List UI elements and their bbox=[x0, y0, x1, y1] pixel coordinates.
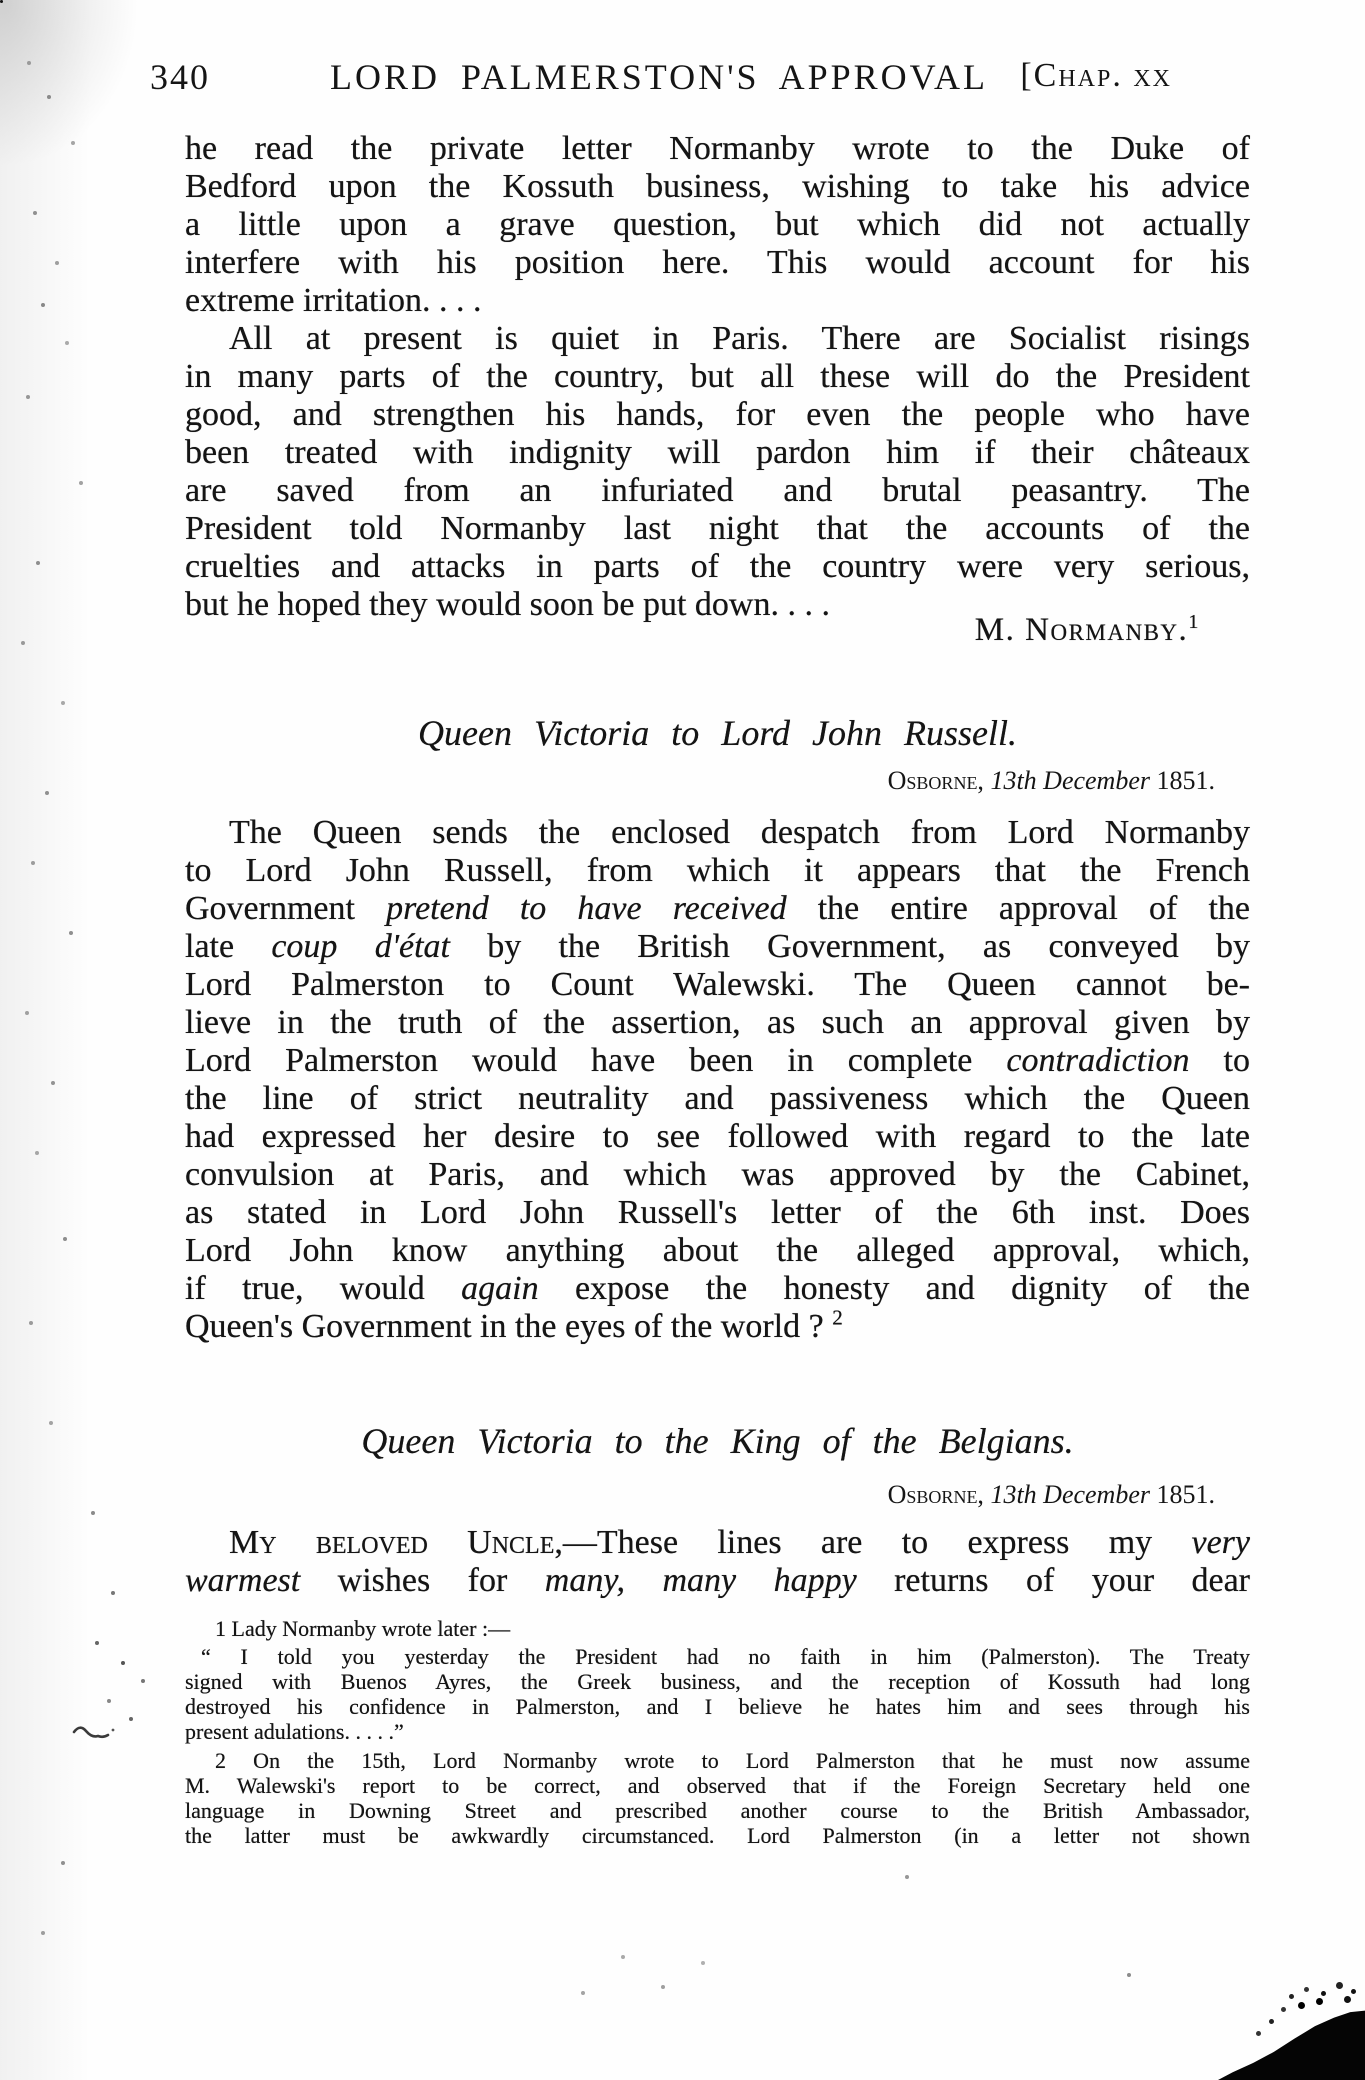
text-line: President told Normanby last night that … bbox=[185, 510, 1250, 548]
ink-blot-artifact bbox=[1218, 2002, 1365, 2080]
text-line: late coup d'état by the British Governme… bbox=[185, 928, 1250, 966]
text-line: extreme irritation. . . . bbox=[185, 282, 1250, 320]
text-line: “ I told you yesterday the President had… bbox=[185, 1644, 1250, 1669]
text-line: present adulations. . . . .” bbox=[185, 1719, 1250, 1744]
russell-letter-body: The Queen sends the enclosed despatch fr… bbox=[185, 814, 1250, 1346]
text-line: warmest wishes for many, many happy retu… bbox=[185, 1562, 1250, 1600]
text-line: lieve in the truth of the assertion, as … bbox=[185, 1004, 1250, 1042]
text-line: been treated with indignity will pardon … bbox=[185, 434, 1250, 472]
text-line: Lord John know anything about the allege… bbox=[185, 1232, 1250, 1270]
page-number: 340 bbox=[150, 56, 210, 98]
text-line: had expressed her desire to see followed… bbox=[185, 1118, 1250, 1156]
text-line: The Queen sends the enclosed despatch fr… bbox=[185, 814, 1250, 852]
chapter-label: [Chap. xx bbox=[1020, 57, 1172, 95]
text-line: Bedford upon the Kossuth business, wishi… bbox=[185, 168, 1250, 206]
text-line: are saved from an infuriated and brutal … bbox=[185, 472, 1250, 510]
normanby-letter-paragraph-1: he read the private letter Normanby wrot… bbox=[185, 130, 1250, 320]
text-line: as stated in Lord John Russell's letter … bbox=[185, 1194, 1250, 1232]
russell-letter-heading: Queen Victoria to Lord John Russell. bbox=[185, 712, 1250, 754]
scan-smudge-artifact bbox=[0, 0, 150, 180]
text-line: he read the private letter Normanby wrot… bbox=[185, 130, 1250, 168]
belgians-letter-dateline: Osborne, 13th December 1851. bbox=[185, 1480, 1250, 1510]
normanby-signature: M. Normanby.1 bbox=[185, 612, 1250, 649]
scan-edge-shading bbox=[0, 0, 130, 2080]
footnote-1-quote: “ I told you yesterday the President had… bbox=[185, 1644, 1250, 1744]
footnote-1-intro: 1 Lady Normanby wrote later :— bbox=[185, 1616, 1250, 1642]
belgians-letter-body: My beloved Uncle,—These lines are to exp… bbox=[185, 1524, 1250, 1600]
normanby-letter-paragraph-2: All at present is quiet in Paris. There … bbox=[185, 320, 1250, 624]
text-line: a little upon a grave question, but whic… bbox=[185, 206, 1250, 244]
text-line: to Lord John Russell, from which it appe… bbox=[185, 852, 1250, 890]
text-line: language in Downing Street and prescribe… bbox=[185, 1798, 1250, 1823]
text-line: M. Walewski's report to be correct, and … bbox=[185, 1773, 1250, 1798]
text-line: the line of strict neutrality and passiv… bbox=[185, 1080, 1250, 1118]
text-line: convulsion at Paris, and which was appro… bbox=[185, 1156, 1250, 1194]
text-line: Queen's Government in the eyes of the wo… bbox=[185, 1308, 1250, 1346]
text-line: 2 On the 15th, Lord Normanby wrote to Lo… bbox=[185, 1748, 1250, 1773]
text-line: signed with Buenos Ayres, the Greek busi… bbox=[185, 1669, 1250, 1694]
text-line: My beloved Uncle,—These lines are to exp… bbox=[185, 1524, 1250, 1562]
text-line: Lord Palmerston to Count Walewski. The Q… bbox=[185, 966, 1250, 1004]
belgians-letter-heading: Queen Victoria to the King of the Belgia… bbox=[185, 1420, 1250, 1462]
text-line: interfere with his position here. This w… bbox=[185, 244, 1250, 282]
text-line: if true, would again expose the honesty … bbox=[185, 1270, 1250, 1308]
running-title: LORD PALMERSTON'S APPROVAL bbox=[330, 56, 988, 98]
text-line: Lord Palmerston would have been in compl… bbox=[185, 1042, 1250, 1080]
book-page: 340 LORD PALMERSTON'S APPROVAL [Chap. xx… bbox=[0, 0, 1365, 2080]
ink-blot-speckles bbox=[0, 0, 3, 3]
text-line: in many parts of the country, but all th… bbox=[185, 358, 1250, 396]
text-line: good, and strengthen his hands, for even… bbox=[185, 396, 1250, 434]
text-line: the latter must be awkwardly circumstanc… bbox=[185, 1823, 1250, 1848]
text-line: All at present is quiet in Paris. There … bbox=[185, 320, 1250, 358]
running-head: 340 LORD PALMERSTON'S APPROVAL [Chap. xx bbox=[150, 56, 1250, 102]
russell-letter-dateline: Osborne, 13th December 1851. bbox=[185, 766, 1250, 796]
text-line: cruelties and attacks in parts of the co… bbox=[185, 548, 1250, 586]
footnote-2: 2 On the 15th, Lord Normanby wrote to Lo… bbox=[185, 1748, 1250, 1848]
text-line: destroyed his confidence in Palmerston, … bbox=[185, 1694, 1250, 1719]
text-line: Government pretend to have received the … bbox=[185, 890, 1250, 928]
margin-squiggle-artifact bbox=[72, 1720, 116, 1748]
